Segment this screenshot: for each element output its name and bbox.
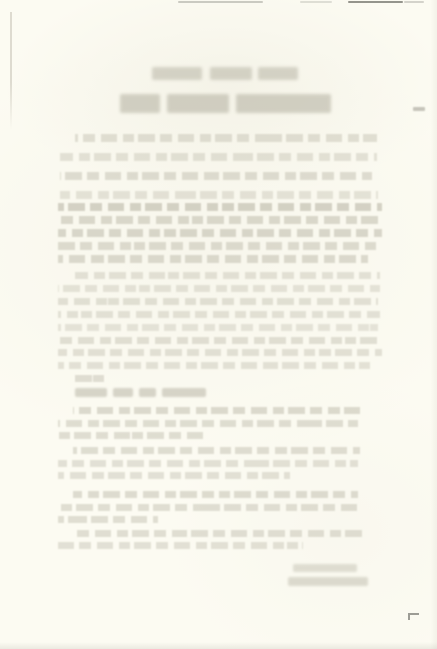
right-margin-dash-mark: [413, 107, 425, 111]
faded-text-line: [75, 134, 377, 142]
faded-text-line: [58, 298, 378, 305]
faded-word-blob: [75, 388, 107, 397]
faded-text-line: [58, 337, 380, 344]
faded-text-line: [58, 504, 360, 511]
faded-text-line: [73, 407, 360, 414]
faded-text-line: [58, 516, 158, 523]
faded-word-blob: [210, 67, 252, 80]
faded-text-line: [73, 530, 363, 537]
page-top-edge-line: [300, 1, 332, 3]
left-crease-line: [10, 12, 12, 130]
faded-text-line: [58, 311, 380, 318]
corner-pen-mark: [408, 613, 419, 620]
faded-text-line: [58, 203, 382, 211]
faded-text-line: [75, 375, 108, 382]
faded-word-blob: [258, 67, 298, 80]
faded-word-blob: [293, 564, 357, 572]
faded-text-line: [58, 216, 380, 224]
faded-text-line: [58, 420, 358, 427]
faded-word-blob: [167, 94, 229, 113]
faded-text-line: [58, 362, 370, 369]
faded-text-line: [58, 542, 303, 549]
faded-text-line: [58, 242, 380, 250]
faded-word-blob: [120, 94, 160, 113]
page-top-edge-line: [348, 1, 403, 3]
faded-word-blob: [288, 577, 368, 586]
faded-text-line: [58, 229, 382, 237]
faded-word-blob: [139, 388, 156, 397]
scanned-document-page: [0, 0, 437, 649]
faded-word-blob: [113, 388, 133, 397]
page-top-edge-line: [178, 1, 263, 3]
faded-text-line: [58, 432, 208, 439]
faded-text-line: [60, 153, 377, 161]
faded-word-blob: [236, 94, 331, 113]
faded-text-line: [73, 491, 358, 498]
faded-text-line: [58, 349, 382, 356]
faded-text-line: [58, 255, 368, 263]
faded-text-line: [75, 272, 380, 279]
faded-text-line: [58, 460, 358, 467]
faded-word-blob: [152, 67, 202, 80]
faded-text-line: [58, 285, 380, 292]
page-top-edge-line: [404, 1, 424, 3]
faded-word-blob: [162, 388, 206, 397]
bottom-edge-shadow: [0, 642, 437, 649]
faded-text-line: [58, 324, 378, 331]
faded-text-line: [60, 172, 372, 180]
faded-text-line: [58, 472, 290, 479]
faded-text-line: [60, 191, 378, 199]
faded-text-line: [73, 447, 360, 454]
